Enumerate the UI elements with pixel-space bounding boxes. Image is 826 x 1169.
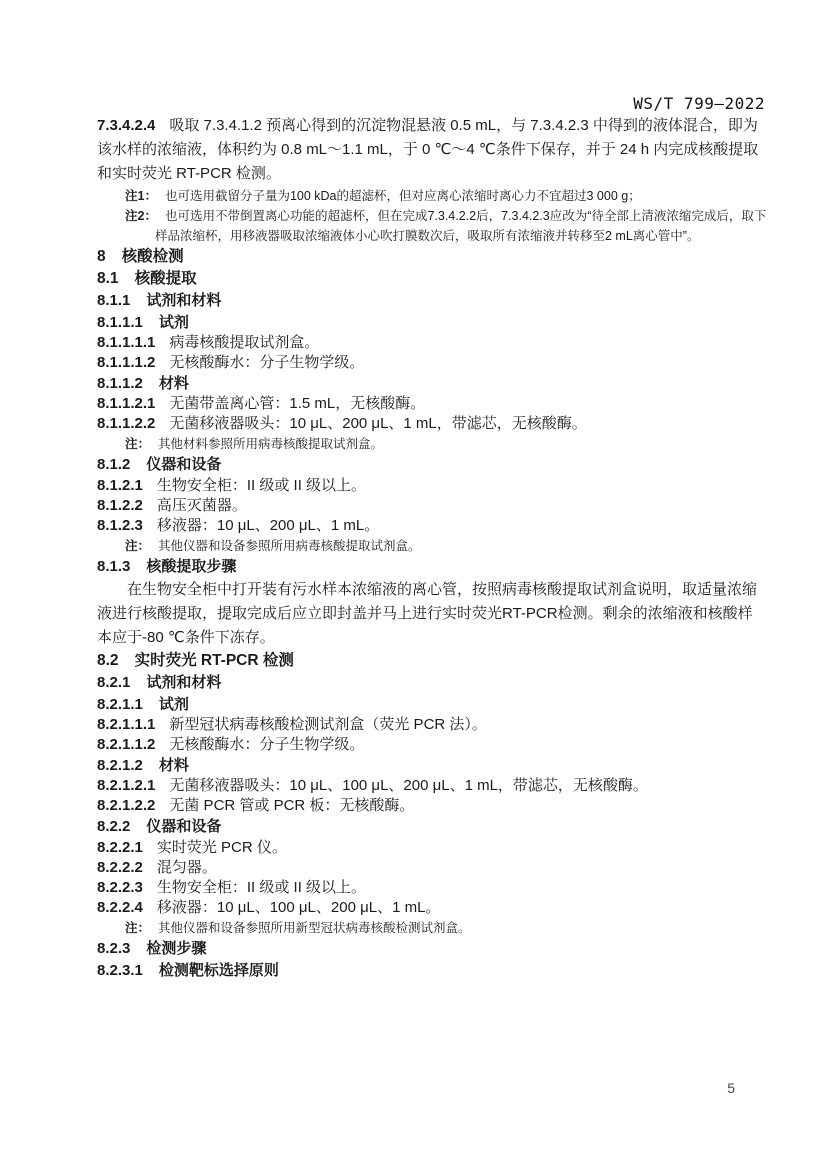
clause-number: 8.1.1.2.2 xyxy=(97,415,155,432)
note-text: 也可选用截留分子量为100 kDa的超滤杯，但对应离心浓缩时离心力不宜超过3 0… xyxy=(165,189,641,203)
clause-text: 吸取 7.3.4.1.2 预离心得到的沉淀物混悬液 0.5 mL，与 7.3.4… xyxy=(97,117,758,182)
clause-text: 无菌 PCR 管或 PCR 板：无核酸酶。 xyxy=(169,797,414,814)
heading-8-1: 8.1核酸提取 xyxy=(97,268,767,290)
clause-text: 无菌移液器吸头：10 μL、200 μL、1 mL，带滤芯，无核酸酶。 xyxy=(169,415,586,432)
heading-8: 8核酸检测 xyxy=(97,246,767,268)
heading-title: 检测步骤 xyxy=(146,940,206,957)
doc-code: WS/T 799—2022 xyxy=(633,94,765,113)
note-equipment: 注：其他仪器和设备参照所用病毒核酸提取试剂盒。 xyxy=(97,536,767,556)
heading-title: 试剂和材料 xyxy=(146,292,221,309)
heading-title: 核酸检测 xyxy=(122,248,184,265)
clause-number: 8.1.1.1.2 xyxy=(97,354,155,371)
heading-number: 8.2.1.1 xyxy=(97,696,143,713)
clause-number: 8.2.1.1.1 xyxy=(97,716,155,733)
note-label: 注1： xyxy=(125,189,157,203)
heading-8-1-2: 8.1.2仪器和设备 xyxy=(97,454,767,476)
heading-title: 核酸提取步骤 xyxy=(146,558,236,575)
clause-8-2-2-1: 8.2.2.1实时荧光 PCR 仪。 xyxy=(97,838,767,858)
note-label: 注2： xyxy=(125,209,157,223)
clause-number: 8.2.1.2.2 xyxy=(97,797,155,814)
heading-number: 8.2.1 xyxy=(97,674,130,691)
heading-title: 材料 xyxy=(159,757,189,774)
clause-number: 8.1.2.2 xyxy=(97,497,143,514)
page-number: 5 xyxy=(727,1080,735,1096)
clause-8-2-1-2-2: 8.2.1.2.2无菌 PCR 管或 PCR 板：无核酸酶。 xyxy=(97,796,767,816)
heading-number: 8.2.3.1 xyxy=(97,962,143,979)
clause-8-2-2-2: 8.2.2.2混匀器。 xyxy=(97,858,767,878)
clause-8-1-1-1-2: 8.1.1.1.2无核酸酶水：分子生物学级。 xyxy=(97,353,767,373)
clause-text: 混匀器。 xyxy=(157,859,217,876)
clause-number: 8.2.1.1.2 xyxy=(97,736,155,753)
heading-title: 试剂 xyxy=(159,696,189,713)
heading-8-2-1-1: 8.2.1.1试剂 xyxy=(97,694,767,715)
heading-8-2-1-2: 8.2.1.2材料 xyxy=(97,755,767,776)
heading-number: 8 xyxy=(97,248,106,265)
heading-number: 8.2.1.2 xyxy=(97,757,143,774)
heading-8-1-1-2: 8.1.1.2材料 xyxy=(97,373,767,394)
clause-text: 无菌带盖离心管：1.5 mL，无核酸酶。 xyxy=(169,395,425,412)
note-materials: 注：其他材料参照所用病毒核酸提取试剂盒。 xyxy=(97,434,767,454)
clause-8-2-1-1-2: 8.2.1.1.2无核酸酶水：分子生物学级。 xyxy=(97,735,767,755)
heading-8-2: 8.2实时荧光 RT-PCR 检测 xyxy=(97,650,767,672)
clause-number: 8.2.2.1 xyxy=(97,839,143,856)
heading-number: 8.1 xyxy=(97,270,119,287)
heading-title: 材料 xyxy=(159,375,189,392)
document-page: WS/T 799—2022 7.3.4.2.4吸取 7.3.4.1.2 预离心得… xyxy=(0,0,826,1169)
clause-text: 新型冠状病毒核酸检测试剂盒（荧光 PCR 法）。 xyxy=(169,716,487,733)
clause-text: 实时荧光 PCR 仪。 xyxy=(157,839,287,856)
clause-number: 8.2.1.2.1 xyxy=(97,777,155,794)
clause-7-3-4-2-4: 7.3.4.2.4吸取 7.3.4.1.2 预离心得到的沉淀物混悬液 0.5 m… xyxy=(97,114,767,186)
heading-number: 8.1.1.2 xyxy=(97,375,143,392)
note-equipment-2: 注：其他仪器和设备参照所用新型冠状病毒核酸检测试剂盒。 xyxy=(97,918,767,938)
heading-title: 核酸提取 xyxy=(135,270,197,287)
heading-title: 实时荧光 RT-PCR 检测 xyxy=(135,652,294,669)
clause-8-1-2-3: 8.1.2.3移液器：10 μL、200 μL、1 mL。 xyxy=(97,516,767,536)
clause-number: 8.1.1.2.1 xyxy=(97,395,155,412)
heading-8-1-1-1: 8.1.1.1试剂 xyxy=(97,312,767,333)
clause-text: 病毒核酸提取试剂盒。 xyxy=(169,334,319,351)
heading-number: 8.1.1 xyxy=(97,292,130,309)
note-text: 其他仪器和设备参照所用新型冠状病毒核酸检测试剂盒。 xyxy=(158,921,471,935)
clause-8-1-1-2-1: 8.1.1.2.1无菌带盖离心管：1.5 mL，无核酸酶。 xyxy=(97,394,767,414)
heading-title: 仪器和设备 xyxy=(146,456,221,473)
note-text: 也可选用不带倒置离心功能的超滤杯，但在完成7.3.4.2.2后，7.3.4.2.… xyxy=(155,209,766,243)
heading-8-2-3: 8.2.3检测步骤 xyxy=(97,938,767,960)
page-content: 7.3.4.2.4吸取 7.3.4.1.2 预离心得到的沉淀物混悬液 0.5 m… xyxy=(97,114,767,981)
clause-number: 8.2.2.2 xyxy=(97,859,143,876)
body-paragraph: 在生物安全柜中打开装有污水样本浓缩液的离心管，按照病毒核酸提取试剂盒说明，取适量… xyxy=(97,578,767,650)
note-label: 注： xyxy=(125,539,150,553)
clause-number: 8.2.2.4 xyxy=(97,899,143,916)
note-text: 其他仪器和设备参照所用病毒核酸提取试剂盒。 xyxy=(158,539,421,553)
heading-number: 8.2 xyxy=(97,652,119,669)
clause-text: 生物安全柜：II 级或 II 级以上。 xyxy=(157,879,366,896)
clause-8-1-2-1: 8.1.2.1生物安全柜：II 级或 II 级以上。 xyxy=(97,476,767,496)
heading-8-1-3: 8.1.3核酸提取步骤 xyxy=(97,556,767,578)
clause-number: 8.2.2.3 xyxy=(97,879,143,896)
clause-8-1-1-1-1: 8.1.1.1.1病毒核酸提取试剂盒。 xyxy=(97,333,767,353)
clause-text: 移液器：10 μL、200 μL、1 mL。 xyxy=(157,517,379,534)
note-2: 注2：也可选用不带倒置离心功能的超滤杯，但在完成7.3.4.2.2后，7.3.4… xyxy=(97,206,767,246)
clause-8-2-2-3: 8.2.2.3生物安全柜：II 级或 II 级以上。 xyxy=(97,878,767,898)
clause-number: 8.1.1.1.1 xyxy=(97,334,155,351)
heading-8-2-1: 8.2.1试剂和材料 xyxy=(97,672,767,694)
heading-number: 8.2.3 xyxy=(97,940,130,957)
note-label: 注： xyxy=(125,437,150,451)
heading-number: 8.1.1.1 xyxy=(97,314,143,331)
clause-text: 高压灭菌器。 xyxy=(157,497,247,514)
clause-number: 8.1.2.1 xyxy=(97,477,143,494)
heading-title: 仪器和设备 xyxy=(146,818,221,835)
note-text: 其他材料参照所用病毒核酸提取试剂盒。 xyxy=(158,437,383,451)
heading-number: 8.1.3 xyxy=(97,558,130,575)
clause-text: 移液器：10 μL、100 μL、200 μL、1 mL。 xyxy=(157,899,441,916)
clause-8-1-2-2: 8.1.2.2高压灭菌器。 xyxy=(97,496,767,516)
heading-8-1-1: 8.1.1试剂和材料 xyxy=(97,290,767,312)
heading-title: 试剂 xyxy=(159,314,189,331)
clause-text: 生物安全柜：II 级或 II 级以上。 xyxy=(157,477,366,494)
clause-8-2-1-2-1: 8.2.1.2.1无菌移液器吸头：10 μL、100 μL、200 μL、1 m… xyxy=(97,776,767,796)
heading-8-2-2: 8.2.2仪器和设备 xyxy=(97,816,767,838)
clause-8-2-2-4: 8.2.2.4移液器：10 μL、100 μL、200 μL、1 mL。 xyxy=(97,898,767,918)
clause-number: 8.1.2.3 xyxy=(97,517,143,534)
heading-number: 8.1.2 xyxy=(97,456,130,473)
note-label: 注： xyxy=(125,921,150,935)
clause-number: 7.3.4.2.4 xyxy=(97,117,155,134)
heading-title: 试剂和材料 xyxy=(146,674,221,691)
clause-8-1-1-2-2: 8.1.1.2.2无菌移液器吸头：10 μL、200 μL、1 mL，带滤芯，无… xyxy=(97,414,767,434)
clause-text: 无核酸酶水：分子生物学级。 xyxy=(169,354,364,371)
heading-8-2-3-1: 8.2.3.1检测靶标选择原则 xyxy=(97,960,767,981)
heading-number: 8.2.2 xyxy=(97,818,130,835)
clause-text: 无菌移液器吸头：10 μL、100 μL、200 μL、1 mL，带滤芯，无核酸… xyxy=(169,777,648,794)
heading-title: 检测靶标选择原则 xyxy=(159,962,279,979)
clause-8-2-1-1-1: 8.2.1.1.1新型冠状病毒核酸检测试剂盒（荧光 PCR 法）。 xyxy=(97,715,767,735)
clause-text: 无核酸酶水：分子生物学级。 xyxy=(169,736,364,753)
note-1: 注1：也可选用截留分子量为100 kDa的超滤杯，但对应离心浓缩时离心力不宜超过… xyxy=(97,186,767,206)
